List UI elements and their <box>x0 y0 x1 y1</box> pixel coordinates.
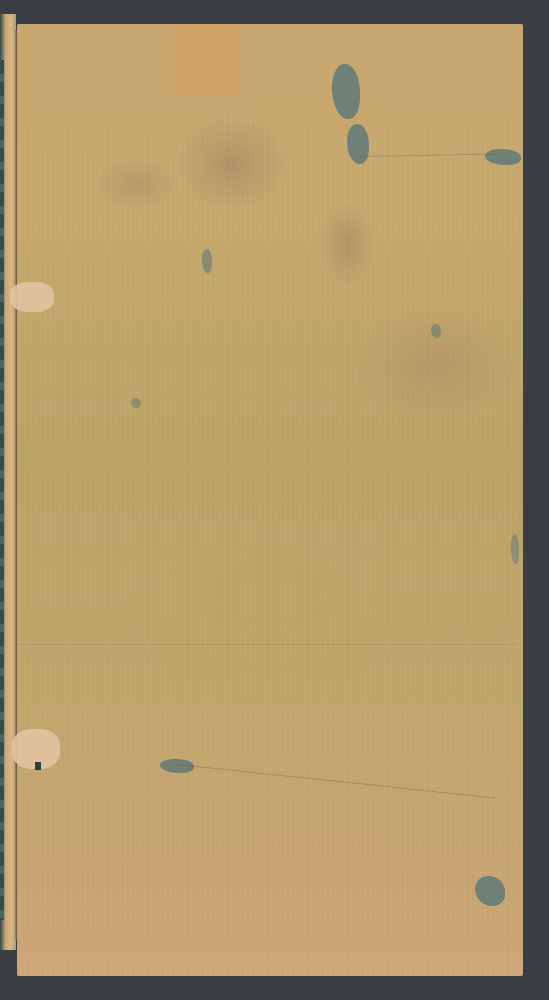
tear-hole <box>347 124 369 164</box>
paper-crease <box>177 764 495 798</box>
repair-patch <box>10 282 54 312</box>
discoloration-band <box>174 24 239 94</box>
paper-crease <box>357 154 497 157</box>
tear-hole <box>485 149 521 165</box>
tear-hole <box>475 876 505 906</box>
small-hole <box>131 398 141 408</box>
binding-edge <box>0 60 4 920</box>
edge-wear <box>511 534 519 564</box>
tear-hole <box>332 64 360 119</box>
small-hole <box>431 324 441 338</box>
paper-crease <box>17 644 517 645</box>
manuscript-page <box>17 24 523 976</box>
small-hole <box>202 249 212 273</box>
ink-blot <box>35 762 41 770</box>
